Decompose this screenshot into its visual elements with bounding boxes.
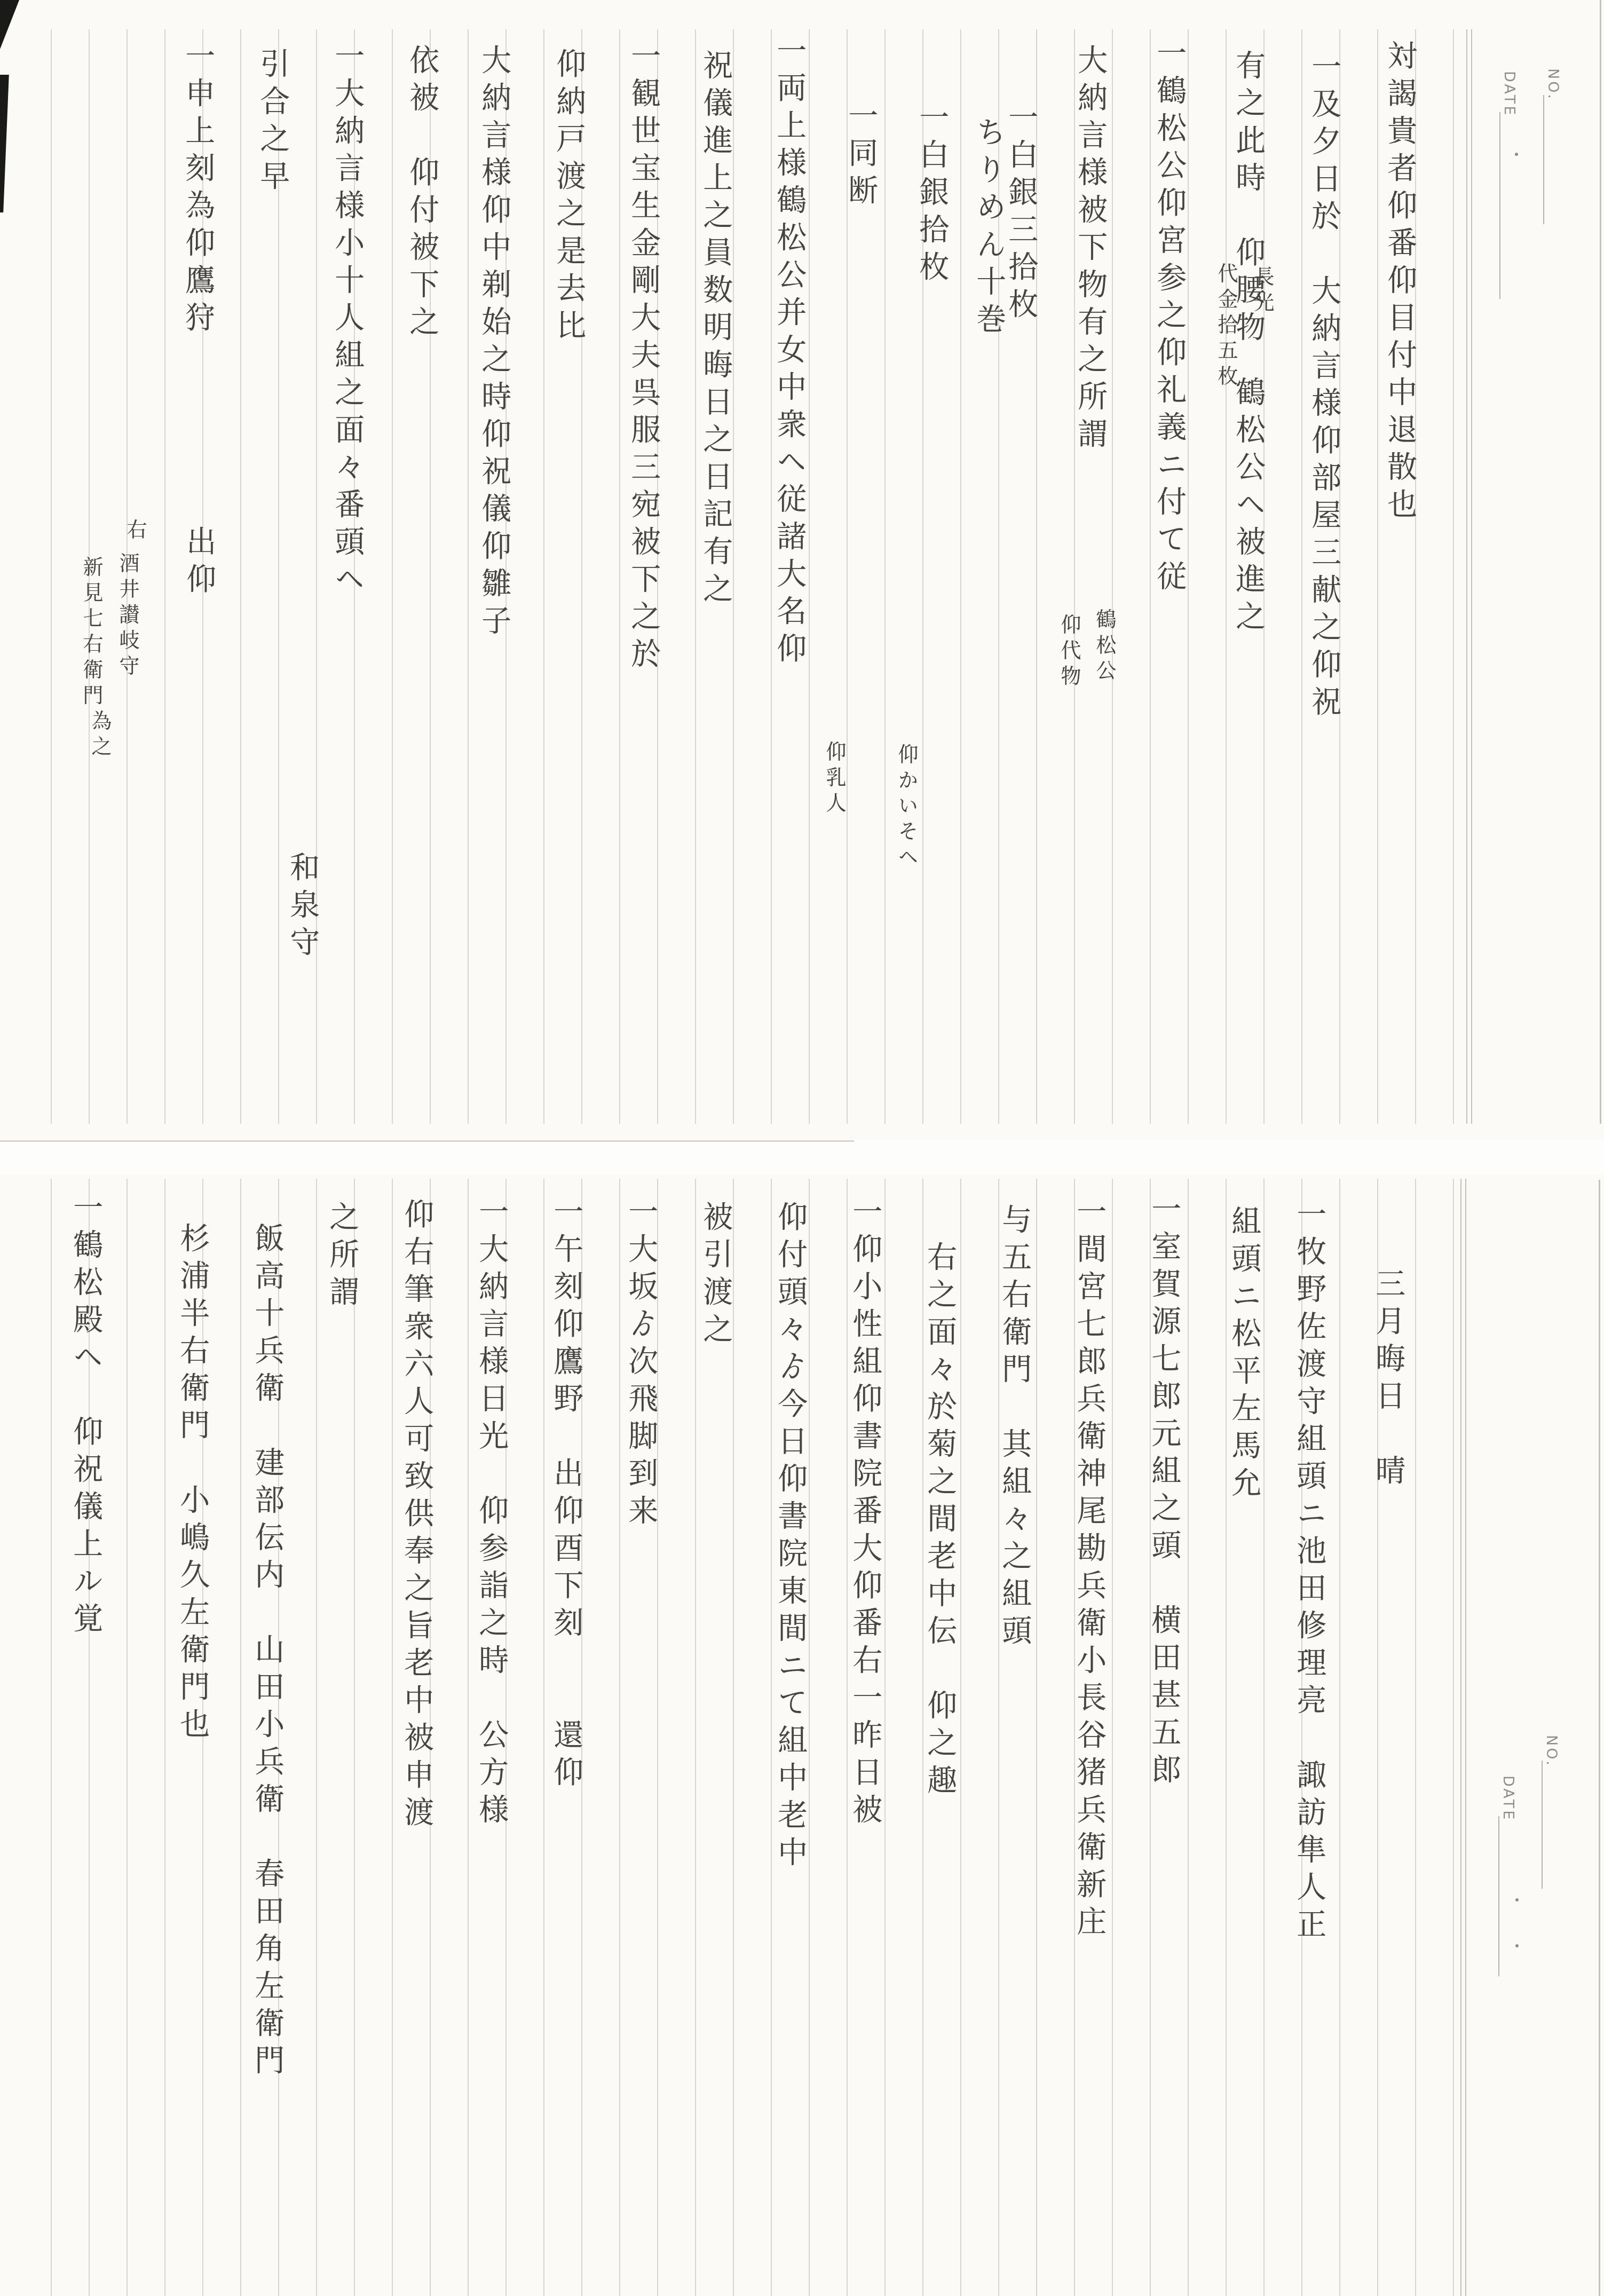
handwritten-column: 被引渡之 xyxy=(698,1201,732,1351)
ruled-line xyxy=(468,1179,469,2296)
ruled-line xyxy=(316,1179,317,2296)
ruled-line xyxy=(695,29,696,1124)
ruled-line xyxy=(1377,29,1378,1124)
ruled-line xyxy=(392,29,393,1124)
ruled-line xyxy=(164,1179,165,2296)
handwritten-column: 為之 xyxy=(88,710,110,761)
date-separator-dot xyxy=(1515,1898,1519,1902)
no-label: NO. xyxy=(1545,68,1561,101)
date-label: DATE xyxy=(1501,71,1518,117)
handwritten-column: 三月晦日 晴 xyxy=(1371,1268,1405,1492)
no-field-line xyxy=(1542,1761,1543,1889)
handwritten-column: 一仰小性組仰書院番大仰番右一昨日被 xyxy=(848,1196,882,1831)
handwritten-column: 一鶴松殿ヘ 仰祝儀上ル覚 xyxy=(68,1192,102,1640)
ruled-line xyxy=(468,29,469,1124)
handwritten-column: 仰右筆衆六人可致供奉之旨老中被申渡 xyxy=(399,1198,433,1834)
ruled-line xyxy=(543,1179,544,2296)
ruled-line xyxy=(1339,1179,1340,2296)
handwritten-column: 一大納言様小十人組之面々番頭ヘ xyxy=(330,40,364,601)
handwritten-column: 仰代物 xyxy=(1057,614,1080,691)
ruled-line xyxy=(1150,29,1151,1124)
handwritten-column: 仰付頭々ゟ今日仰書院東間ニて組中老中 xyxy=(773,1201,807,1874)
date-separator-dot xyxy=(1515,1944,1519,1947)
handwritten-column: 一午刻仰鷹野 出仰酉下刻 還仰 xyxy=(549,1196,583,1794)
ruled-line xyxy=(1415,1179,1416,2296)
handwritten-column: 一白銀拾枚 xyxy=(914,101,949,288)
handwritten-column: 一牧野佐渡守組頭ニ池田修理亮 諏訪隼人正 xyxy=(1292,1198,1326,1946)
handwritten-column: 右之面々於菊之間老中伝 仰之趣 xyxy=(922,1241,957,1802)
handwritten-column: 酒井讃岐守 xyxy=(116,553,138,681)
handwritten-column: 杉浦半右衛門 小嶋久左衛門也 xyxy=(175,1222,209,1746)
ruled-line xyxy=(1112,1179,1113,2296)
ruled-line xyxy=(51,29,52,1124)
ruled-line xyxy=(1188,29,1189,1124)
ruled-line xyxy=(960,1179,961,2296)
handwritten-column: 一観世宝生金剛大夫呉服三宛被下之於 xyxy=(626,40,660,675)
handwritten-column: 仰乳人 xyxy=(823,741,845,818)
ruled-line xyxy=(884,29,886,1124)
ruled-line xyxy=(1036,1179,1037,2296)
date-field-line xyxy=(1498,1816,1499,1976)
date-separator-dot xyxy=(1515,153,1518,156)
ruled-line xyxy=(240,1179,241,2296)
handwritten-column: 之所謂 xyxy=(325,1201,359,1313)
ruled-line xyxy=(733,29,734,1124)
handwritten-column: 一両上様鶴松公并女中衆ヘ従諸大名仰 xyxy=(772,35,806,670)
handwritten-column: 一申上刻為仰鷹狩 xyxy=(180,40,215,339)
handwritten-column: 仰かいそヘ xyxy=(895,744,917,872)
ruled-line xyxy=(884,1179,886,2296)
handwritten-column: 大納言様仰中剃始之時仰祝儀仰雛子 xyxy=(477,44,511,642)
handwritten-column: 新見七右衛門 xyxy=(80,556,102,710)
page-seam-shadow xyxy=(0,1140,854,1142)
ruled-line xyxy=(51,1179,52,2296)
handwritten-column: 大納言様被下物有之所謂 xyxy=(1073,44,1107,455)
handwritten-column: 一大納言様日光 仰参詣之時 公方様 xyxy=(474,1196,508,1831)
ruled-line xyxy=(809,1179,810,2296)
ruled-line xyxy=(960,29,961,1124)
margin-ruled-line xyxy=(1465,1179,1466,2296)
handwritten-column: 鶴松公ヘ被進之 xyxy=(1231,376,1265,638)
handwritten-column: 和泉守 xyxy=(285,851,319,964)
handwritten-column: 対謁貴者仰番仰目付中退散也 xyxy=(1382,40,1417,526)
handwritten-column: 一間宮七郎兵衛神尾勘兵衛小長谷猪兵衛新庄 xyxy=(1072,1196,1106,1943)
ruled-line xyxy=(164,29,165,1124)
handwritten-column: 組頭ニ松平左馬允 xyxy=(1227,1205,1261,1504)
ruled-line xyxy=(1226,29,1227,1124)
ruled-line xyxy=(619,1179,620,2296)
handwritten-column: 出仰 xyxy=(181,526,216,601)
ruled-line xyxy=(695,1179,696,2296)
handwritten-column: ちりめん十巻 xyxy=(971,116,1006,341)
handwritten-column: 引合之早 xyxy=(255,48,289,198)
handwritten-column: 依被 仰付被下之 xyxy=(405,44,439,343)
handwritten-column: 飯高十兵衛 建部伝内 山田小兵衛 春田角左衛門 xyxy=(250,1222,284,2082)
ruled-line xyxy=(1453,29,1454,1124)
handwritten-column: 一及夕日於 大納言様仰部屋三献之仰祝 xyxy=(1307,51,1341,723)
margin-ruled-line xyxy=(1471,29,1472,1124)
handwritten-column: 一室賀源七郎元組之頭 横田甚五郎 xyxy=(1147,1193,1181,1791)
no-label: NO. xyxy=(1543,1735,1560,1768)
page-edge-line xyxy=(1599,1180,1600,2296)
ruled-line xyxy=(1112,29,1113,1124)
ruled-line xyxy=(240,29,241,1124)
margin-ruled-line xyxy=(1460,1179,1461,2296)
ruled-line xyxy=(733,1179,734,2296)
handwritten-column: 鶴松公 xyxy=(1093,609,1115,685)
date-field-line xyxy=(1499,112,1500,299)
handwritten-column: 代金拾五枚 xyxy=(1214,263,1237,391)
ruled-line xyxy=(543,29,544,1124)
handwritten-column: 仰納戸渡之是去比 xyxy=(551,48,586,347)
handwritten-column: 長光 xyxy=(1251,266,1273,317)
ruled-line xyxy=(619,29,620,1124)
margin-ruled-line xyxy=(1466,29,1467,1124)
handwritten-column: 一同断 xyxy=(843,100,878,212)
handwritten-column: 祝儀進上之員数明晦日之日記有之 xyxy=(698,50,732,610)
page-edge-line xyxy=(1600,0,1601,1124)
scanned-notebook-document: NO. DATE NO. DATE 対謁貴者仰番仰目付中退散也一及夕日於 大納言… xyxy=(0,0,1604,2296)
ruled-line xyxy=(1263,1179,1265,2296)
ruled-line xyxy=(809,29,810,1124)
ruled-line xyxy=(127,1179,128,2296)
ruled-line xyxy=(354,1179,355,2296)
date-label: DATE xyxy=(1500,1776,1516,1821)
handwritten-column: 右 xyxy=(123,519,146,545)
ruled-line xyxy=(392,1179,393,2296)
ruled-line xyxy=(771,1179,772,2296)
handwritten-column: 一鶴松公仰宮参之仰礼義ニ付て従 xyxy=(1152,37,1186,598)
ruled-line xyxy=(1453,1179,1454,2296)
handwritten-column: 一大坂ゟ次飛脚到来 xyxy=(623,1196,658,1532)
ruled-line xyxy=(1188,1179,1189,2296)
ruled-line xyxy=(1301,29,1302,1124)
handwritten-column: 与五右衛門 其組々之組頭 xyxy=(997,1204,1031,1652)
no-field-line xyxy=(1543,95,1544,224)
handwritten-column: 一白銀三拾枚 xyxy=(1004,101,1038,326)
